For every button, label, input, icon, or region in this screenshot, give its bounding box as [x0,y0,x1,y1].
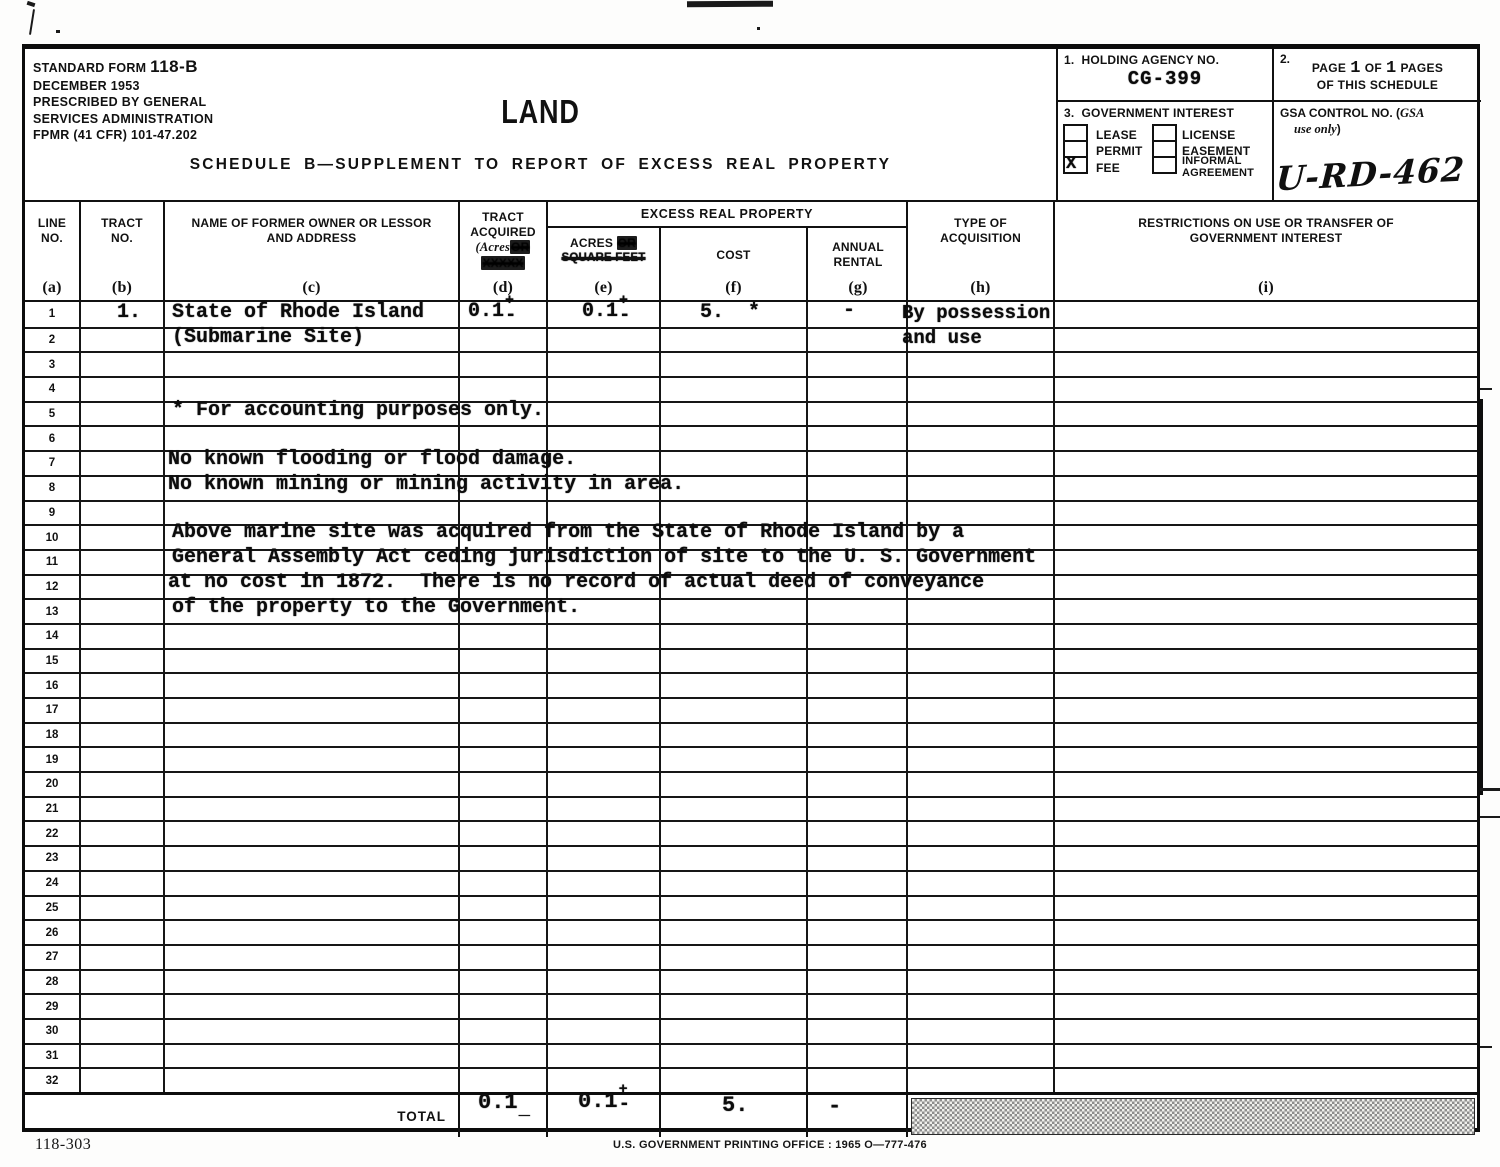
checkbox-fee: X [1063,156,1088,174]
table-cell [460,995,548,1018]
table-cell [548,798,661,821]
table-cell [1055,724,1477,747]
line-number-cell: 20 [25,773,81,796]
table-cell [908,650,1055,673]
table-cell [808,452,908,475]
table-cell [808,946,908,969]
table-cell [908,427,1055,450]
line-number-cell: 3 [25,353,81,376]
entry-acres: 0.1+- [582,300,631,323]
table-cell [81,921,165,944]
table-cell [1055,551,1477,574]
annual-rental-label: ANNUAL [832,240,884,255]
entry-annual-rental: - [843,299,855,322]
table-cell [1055,526,1477,549]
page-word: PAGE [1312,61,1346,75]
scan-artifact-mark [56,30,60,33]
table-cell [165,798,460,821]
table-cell [81,427,165,450]
entry-owner-line2: (Submarine Site) [172,326,364,349]
table-cell [1055,477,1477,500]
table-row: 21 [25,796,1477,821]
struck-text: OR [510,240,530,254]
column-header-restrictions: RESTRICTIONS ON USE OR TRANSFER OFGOVERN… [1055,202,1477,300]
table-cell [460,724,548,747]
gsa-control-box: GSA CONTROL NO. (GSA use only) U-RD-462 [1272,102,1481,200]
table-cell [548,650,661,673]
line-number-cell: 21 [25,798,81,821]
table-cell [165,822,460,845]
table-row: 22 [25,820,1477,845]
holding-agency-number: 1. [1064,53,1074,67]
government-interest-number: 3. [1064,106,1074,120]
table-cell [548,625,661,648]
table-cell [460,378,548,401]
table-cell [460,971,548,994]
table-cell [661,1045,808,1068]
table-cell [908,724,1055,747]
column-letter-c: (c) [302,278,320,300]
table-cell [1055,576,1477,599]
gsa-control-handwritten-value: U-RD-462 [1275,149,1482,199]
table-cell [81,526,165,549]
government-interest-box: 3. GOVERNMENT INTEREST X LEASE PERMIT FE… [1056,102,1272,200]
table-cell [908,946,1055,969]
table-cell [1055,798,1477,821]
table-cell [81,748,165,771]
table-cell [81,1020,165,1043]
line-number-cell: 8 [25,477,81,500]
table-row: 6 [25,425,1477,450]
table-cell [1055,378,1477,401]
table-cell [808,674,908,697]
table-cell [165,946,460,969]
excess-real-property-label: EXCESS REAL PROPERTY [548,202,906,228]
table-cell [460,1020,548,1043]
line-number-cell: 16 [25,674,81,697]
table-row: 29 [25,993,1477,1018]
table-cell [908,897,1055,920]
table-row: 18 [25,722,1477,747]
table-cell [808,699,908,722]
line-number-cell: 2 [25,329,81,352]
line-number-cell: 6 [25,427,81,450]
table-cell [808,822,908,845]
table-cell [165,674,460,697]
line-number-cell: 13 [25,600,81,623]
table-cell [1055,427,1477,450]
table-cell [81,1045,165,1068]
table-cell [908,773,1055,796]
table-cell [1055,502,1477,525]
entry-tract-acquired-value: 0.1 [468,300,504,323]
table-cell [548,427,661,450]
table-cell [460,822,548,845]
table-cell [908,378,1055,401]
dash-mark: - [619,1093,630,1115]
gsa-label-part4: ) [1337,122,1341,136]
total-tract-acquired-value: 0.1 [478,1090,518,1115]
table-cell [1055,329,1477,352]
pages-value: 1 [1382,59,1401,78]
dash-mark: - [505,304,516,326]
table-cell [808,302,908,327]
table-cell [808,427,908,450]
holding-agency-box: 1. HOLDING AGENCY NO. CG-399 [1056,49,1272,102]
table-cell [808,477,908,500]
table-cell [81,353,165,376]
scan-artifact-dot [757,27,760,30]
table-cell [460,1045,548,1068]
line-number-cell: 12 [25,576,81,599]
line-number-cell: 7 [25,452,81,475]
table-cell [808,378,908,401]
table-cell [661,946,808,969]
gsa-label-part2: GSA [1400,106,1424,120]
table-cell [808,897,908,920]
table-cell [165,995,460,1018]
column-group-excess-real-property: EXCESS REAL PROPERTY ACRES OR SQUARE FEE… [548,202,908,300]
scan-artifact-bar [687,1,773,8]
column-header-annual-rental: ANNUALRENTAL (g) [808,228,908,300]
total-annual-rental: - [828,1094,841,1119]
table-row: 14 [25,623,1477,648]
table-row: 31 [25,1043,1477,1068]
note-acquisition-line4: of the property to the Government. [172,596,580,619]
pages-word: PAGES [1401,61,1444,75]
checkbox-label-fee: FEE [1096,161,1120,175]
table-cell [548,946,661,969]
tract-no-label2: NO. [101,231,143,246]
table-cell [1055,674,1477,697]
total-cost: 5. [722,1093,748,1118]
table-cell [81,329,165,352]
table-cell [81,551,165,574]
table-cell [548,847,661,870]
table-cell [908,699,1055,722]
table-cell [808,847,908,870]
table-cell [908,353,1055,376]
page-box-line2: OF THIS SCHEDULE [1274,78,1481,92]
entry-acres-value: 0.1 [582,300,618,323]
table-cell [808,650,908,673]
table-cell [808,921,908,944]
table-cell [548,329,661,352]
table-cell [81,576,165,599]
table-cell [548,1045,661,1068]
table-cell [1055,403,1477,426]
table-cell [1055,921,1477,944]
note-acquisition-line2: General Assembly Act ceding jurisdiction… [172,546,1036,569]
annual-rental-label2: RENTAL [832,255,884,270]
table-cell [661,329,808,352]
table-cell [808,600,908,623]
column-header-cost: COST (f) [661,228,808,300]
table-cell [1055,773,1477,796]
table-cell [81,625,165,648]
table-cell [548,822,661,845]
table-row: 16 [25,672,1477,697]
table-cell [165,921,460,944]
line-number-cell: 28 [25,971,81,994]
table-cell [81,674,165,697]
table-cell [808,798,908,821]
gsa-label-part3: use only [1294,122,1337,136]
table-cell [1055,748,1477,771]
struck-text: XXXXX [481,256,524,270]
entry-tract-acquired: 0.1+- [468,300,517,323]
tract-no-label: TRACT [101,216,143,231]
table-cell [1055,995,1477,1018]
table-cell [165,650,460,673]
table-row: 15 [25,648,1477,673]
table-cell [165,378,460,401]
table-cell [548,897,661,920]
table-cell [1055,650,1477,673]
cost-label: COST [716,236,750,263]
table-cell [1055,897,1477,920]
line-number-cell: 15 [25,650,81,673]
table-cell [661,822,808,845]
checkbox-informal-agreement [1152,156,1177,174]
scan-artifact-mark [27,1,36,7]
total-tract-acquired: 0.1_ [478,1090,531,1115]
total-cell-shaded [908,1095,1477,1137]
checkbox-label-informal-agreement: INFORMAL AGREEMENT [1182,155,1266,179]
table-cell [908,477,1055,500]
total-cell-annual-rental [808,1095,908,1137]
table-cell [661,600,808,623]
table-cell [460,353,548,376]
table-cell [165,748,460,771]
column-letter-i: (i) [1258,278,1274,300]
table-cell [808,748,908,771]
table-header: LINENO. (a) TRACTNO. (b) NAME OF FORMER … [25,200,1477,302]
table-cell [661,971,808,994]
type-acquisition-label: TYPE OF [940,216,1021,231]
table-cell [460,773,548,796]
table-cell [548,403,661,426]
column-header-acres: ACRES OR SQUARE FEET (e) [548,228,661,300]
note-accounting: * For accounting purposes only. [172,399,544,422]
table-cell [1055,946,1477,969]
table-cell [808,625,908,648]
line-number-cell: 23 [25,847,81,870]
gsa-control-label: GSA CONTROL NO. (GSA use only) [1274,102,1481,137]
table-cell [165,1020,460,1043]
table-cell [908,600,1055,623]
table-cell [908,1020,1055,1043]
table-cell [460,872,548,895]
table-cell [908,921,1055,944]
table-cell [81,946,165,969]
total-label: TOTAL [25,1095,460,1137]
form-subtitle: SCHEDULE B—SUPPLEMENT TO REPORT OF EXCES… [25,156,1056,174]
table-cell [548,773,661,796]
table-cell [808,971,908,994]
line-number-cell: 29 [25,995,81,1018]
table-row: 3 [25,351,1477,376]
line-number-cell: 10 [25,526,81,549]
table-cell [808,403,908,426]
checkbox-fee-mark: X [1066,155,1076,174]
note-acquisition-line3: at no cost in 1872. There is no record o… [168,571,984,594]
column-letter-h: (h) [970,278,990,300]
table-cell [460,921,548,944]
table-cell [81,699,165,722]
table-cell [661,897,808,920]
column-letter-g: (g) [848,278,867,300]
table-cell [908,748,1055,771]
column-header-type-of-acquisition: TYPE OFACQUISITION (h) [908,202,1055,300]
table-cell [808,329,908,352]
table-cell [460,699,548,722]
acres-label: ACRES [570,236,613,250]
table-cell [81,452,165,475]
table-cell [808,1045,908,1068]
table-cell [1055,1045,1477,1068]
table-row: 24 [25,870,1477,895]
table-cell [81,403,165,426]
column-header-tract-no: TRACTNO. (b) [81,202,165,300]
gsa-label-part1: GSA CONTROL NO. ( [1280,106,1400,120]
table-row: 27 [25,944,1477,969]
entry-type-line2: and use [902,327,982,349]
table-cell [661,650,808,673]
table-cell [81,502,165,525]
table-cell [81,600,165,623]
table-cell [81,995,165,1018]
table-cell [81,872,165,895]
entry-owner-line1: State of Rhode Island [172,301,424,324]
table-cell [548,995,661,1018]
table-cell [1055,1020,1477,1043]
table-cell [908,674,1055,697]
owner-name-label2: AND ADDRESS [192,231,432,246]
entry-cost-value: 5. [700,301,724,324]
table-cell [661,378,808,401]
table-cell [460,674,548,697]
checkbox-label-lease: LEASE [1096,128,1137,142]
struck-text: OR [617,236,637,250]
hatch-pattern [911,1098,1475,1135]
column-header-line-no: LINENO. (a) [25,202,81,300]
table-cell [908,452,1055,475]
entry-cost-flag: * [748,301,760,324]
scanned-form-page: STANDARD FORM 118-B DECEMBER 1953 PRESCR… [0,0,1500,1167]
table-cell [460,798,548,821]
table-cell [1055,452,1477,475]
restrictions-label2: GOVERNMENT INTEREST [1138,231,1393,246]
column-header-tract-acquired: TRACT ACQUIRED (AcresOR XXXXX (d) [460,202,548,300]
line-number-cell: 24 [25,872,81,895]
line-number-cell: 5 [25,403,81,426]
table-cell [460,329,548,352]
table-cell [81,650,165,673]
table-cell [81,971,165,994]
table-cell [165,872,460,895]
form-header: STANDARD FORM 118-B DECEMBER 1953 PRESCR… [25,49,1477,200]
table-row: 32 [25,1067,1477,1092]
table-cell [808,353,908,376]
government-interest-label: GOVERNMENT INTEREST [1082,106,1234,120]
table-cell [460,946,548,969]
table-cell [1055,625,1477,648]
table-cell [548,378,661,401]
table-cell [81,798,165,821]
total-acres-value: 0.1 [578,1089,618,1114]
table-cell [661,353,808,376]
table-cell [165,625,460,648]
tract-acquired-label2: ACQUIRED [470,225,536,240]
table-cell [548,699,661,722]
owner-name-label: NAME OF FORMER OWNER OR LESSOR [192,216,432,231]
table-cell [808,1020,908,1043]
table-cell [908,403,1055,426]
table-cell [460,748,548,771]
line-number-cell: 27 [25,946,81,969]
line-number-cell: 18 [25,724,81,747]
table-cell [165,847,460,870]
table-cell [661,724,808,747]
table-cell [661,773,808,796]
table-cell [1055,600,1477,623]
table-cell [81,477,165,500]
line-number-cell: 22 [25,822,81,845]
table-cell [165,897,460,920]
holding-agency-value: CG-399 [1058,68,1272,90]
table-cell [1055,699,1477,722]
table-cell [808,724,908,747]
table-cell [908,872,1055,895]
table-cell [548,1020,661,1043]
table-row: 19 [25,746,1477,771]
page-box-number: 2. [1280,52,1290,66]
line-number-cell: 30 [25,1020,81,1043]
line-number-cell: 32 [25,1069,81,1092]
table-cell [808,773,908,796]
footer-form-number: 118-303 [35,1136,91,1154]
table-cell [908,625,1055,648]
table-cell [548,353,661,376]
line-number-cell: 9 [25,502,81,525]
table-row: 4 [25,376,1477,401]
table-cell [165,1045,460,1068]
table-cell [661,699,808,722]
line-number-cell: 1 [25,302,81,327]
table-cell [460,847,548,870]
note-mining: No known mining or mining activity in ar… [168,473,684,496]
standard-form-number: 118-B [150,57,198,76]
table-cell [908,1069,1055,1092]
table-cell [1055,1069,1477,1092]
table-cell [1055,302,1477,327]
table-cell [661,748,808,771]
table-cell [908,847,1055,870]
table-cell [661,452,808,475]
table-cell [165,971,460,994]
table-cell [548,921,661,944]
entry-cost: 5.* [700,301,760,324]
table-cell [548,748,661,771]
table-cell [460,650,548,673]
table-cell [1055,847,1477,870]
restrictions-label: RESTRICTIONS ON USE OR TRANSFER OF [1138,216,1393,231]
tract-acquired-label: TRACT [470,210,536,225]
table-cell [908,1045,1055,1068]
table-cell [661,403,808,426]
table-cell [661,427,808,450]
